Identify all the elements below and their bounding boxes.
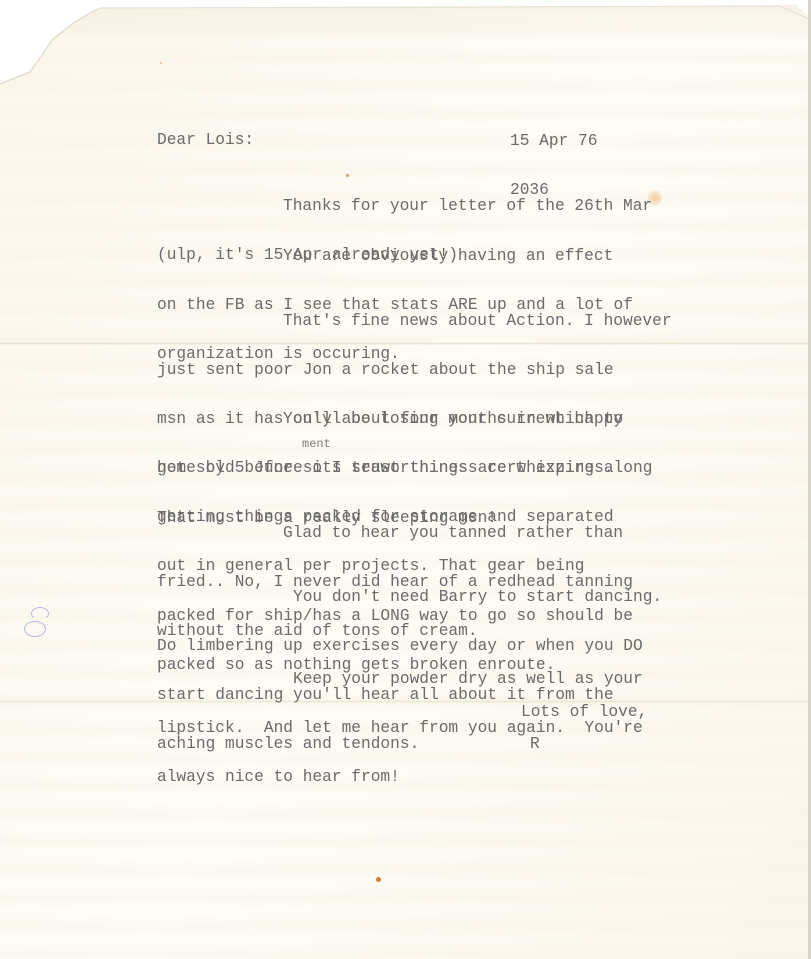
letter-date: 15 Apr 76 [510, 133, 597, 149]
pen-mark [31, 607, 49, 620]
stain-spot [160, 62, 162, 64]
letter-page: 15 Apr 76 2036 Dear Lois: Thanks for you… [0, 0, 811, 959]
signature: R [530, 736, 540, 752]
closing: Lots of love, [521, 704, 647, 720]
paragraph-line: Thanks for your letter of the 26th Mar [157, 198, 652, 214]
paragraph-line: lipstick. And let me hear from you again… [157, 720, 643, 736]
stain-spot [376, 877, 381, 882]
salutation: Dear Lois: [157, 132, 254, 148]
paragraph-line: That's fine news about Action. I however [157, 313, 672, 329]
paragraph-line: Keep your powder dry as well as your [157, 671, 643, 687]
typed-insertion: ment [302, 437, 331, 451]
paragraph-line: just sent poor Jon a rocket about the sh… [157, 362, 672, 378]
paragraph-line: home by 5 June so I trust things are whi… [157, 460, 652, 476]
pen-mark [24, 621, 46, 637]
paragraph-7: Keep your powder dry as well as your lip… [157, 638, 643, 818]
paragraph-line: You'll be losing your current happy [157, 411, 652, 427]
paragraph-line: You don't need Barry to start dancing. [157, 589, 662, 605]
paragraph-line: always nice to hear from! [157, 769, 643, 785]
paragraph-line: You are obviously having an effect [157, 248, 633, 264]
paragraph-line: Glad to hear you tanned rather than [157, 525, 633, 541]
